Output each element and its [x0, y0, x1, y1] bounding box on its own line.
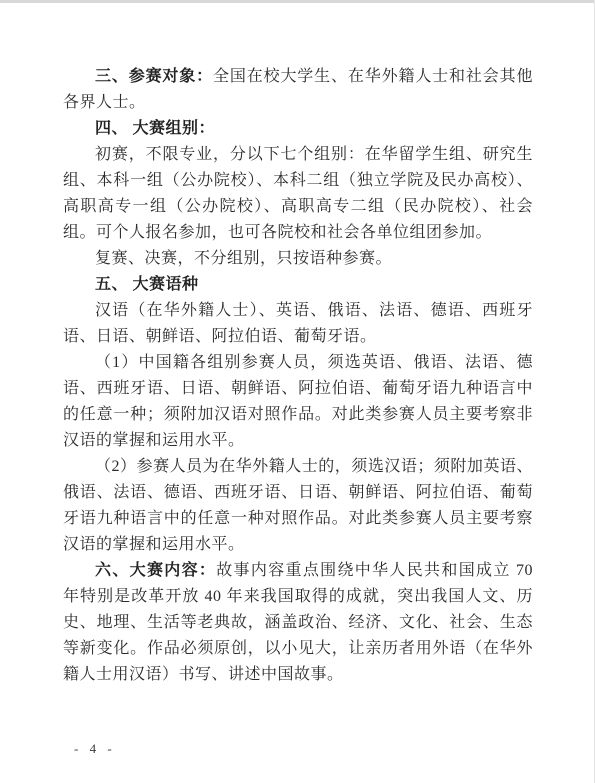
document-paragraph: 三、参赛对象：全国在校大学生、在华外籍人士和社会其他各界人士。 [63, 64, 533, 116]
paragraph-heading-segment: 四、 大赛组别： [95, 120, 215, 137]
paragraph-heading-segment: 五、 大赛语种 [95, 276, 199, 293]
paragraph-heading-segment: 六、大赛内容： [95, 562, 216, 579]
paragraph-text-segment: （1）中国籍各组别参赛人员，须选英语、俄语、法语、德语、西班牙语、日语、朝鲜语、… [63, 354, 533, 449]
document-paragraph: 初赛，不限专业，分以下七个组别：在华留学生组、研究生组、本科一组（公办院校）、本… [63, 142, 533, 246]
scan-edge-top [0, 0, 595, 3]
document-paragraph: 复赛、决赛，不分组别，只按语种参赛。 [63, 246, 533, 272]
paragraph-text-segment: 汉语（在华外籍人士）、英语、俄语、法语、德语、西班牙语、日语、朝鲜语、阿拉伯语、… [63, 302, 533, 345]
document-paragraph: （2）参赛人员为在华外籍人士的，须选汉语；须附加英语、俄语、法语、德语、西班牙语… [63, 454, 533, 558]
document-paragraph: 六、大赛内容：故事内容重点围绕中华人民共和国成立 70 年特别是改革开放 40 … [63, 558, 533, 688]
document-paragraph: 汉语（在华外籍人士）、英语、俄语、法语、德语、西班牙语、日语、朝鲜语、阿拉伯语、… [63, 298, 533, 350]
paragraph-heading-segment: 三、参赛对象： [95, 68, 213, 85]
paragraph-text-segment: 复赛、决赛，不分组别，只按语种参赛。 [95, 250, 392, 267]
paragraph-text-segment: （2）参赛人员为在华外籍人士的，须选汉语；须附加英语、俄语、法语、德语、西班牙语… [63, 458, 533, 553]
document-paragraph: 四、 大赛组别： [63, 116, 533, 142]
document-paragraph: 五、 大赛语种 [63, 272, 533, 298]
document-paragraph: （1）中国籍各组别参赛人员，须选英语、俄语、法语、德语、西班牙语、日语、朝鲜语、… [63, 350, 533, 454]
paragraph-text-segment: 初赛，不限专业，分以下七个组别：在华留学生组、研究生组、本科一组（公办院校）、本… [63, 146, 533, 241]
document-page: 三、参赛对象：全国在校大学生、在华外籍人士和社会其他各界人士。四、 大赛组别：初… [0, 0, 595, 783]
document-body: 三、参赛对象：全国在校大学生、在华外籍人士和社会其他各界人士。四、 大赛组别：初… [63, 64, 533, 688]
page-number: - 4 - [74, 741, 116, 757]
paragraph-text-segment: 故事内容重点围绕中华人民共和国成立 70 年特别是改革开放 40 年来我国取得的… [63, 562, 533, 683]
